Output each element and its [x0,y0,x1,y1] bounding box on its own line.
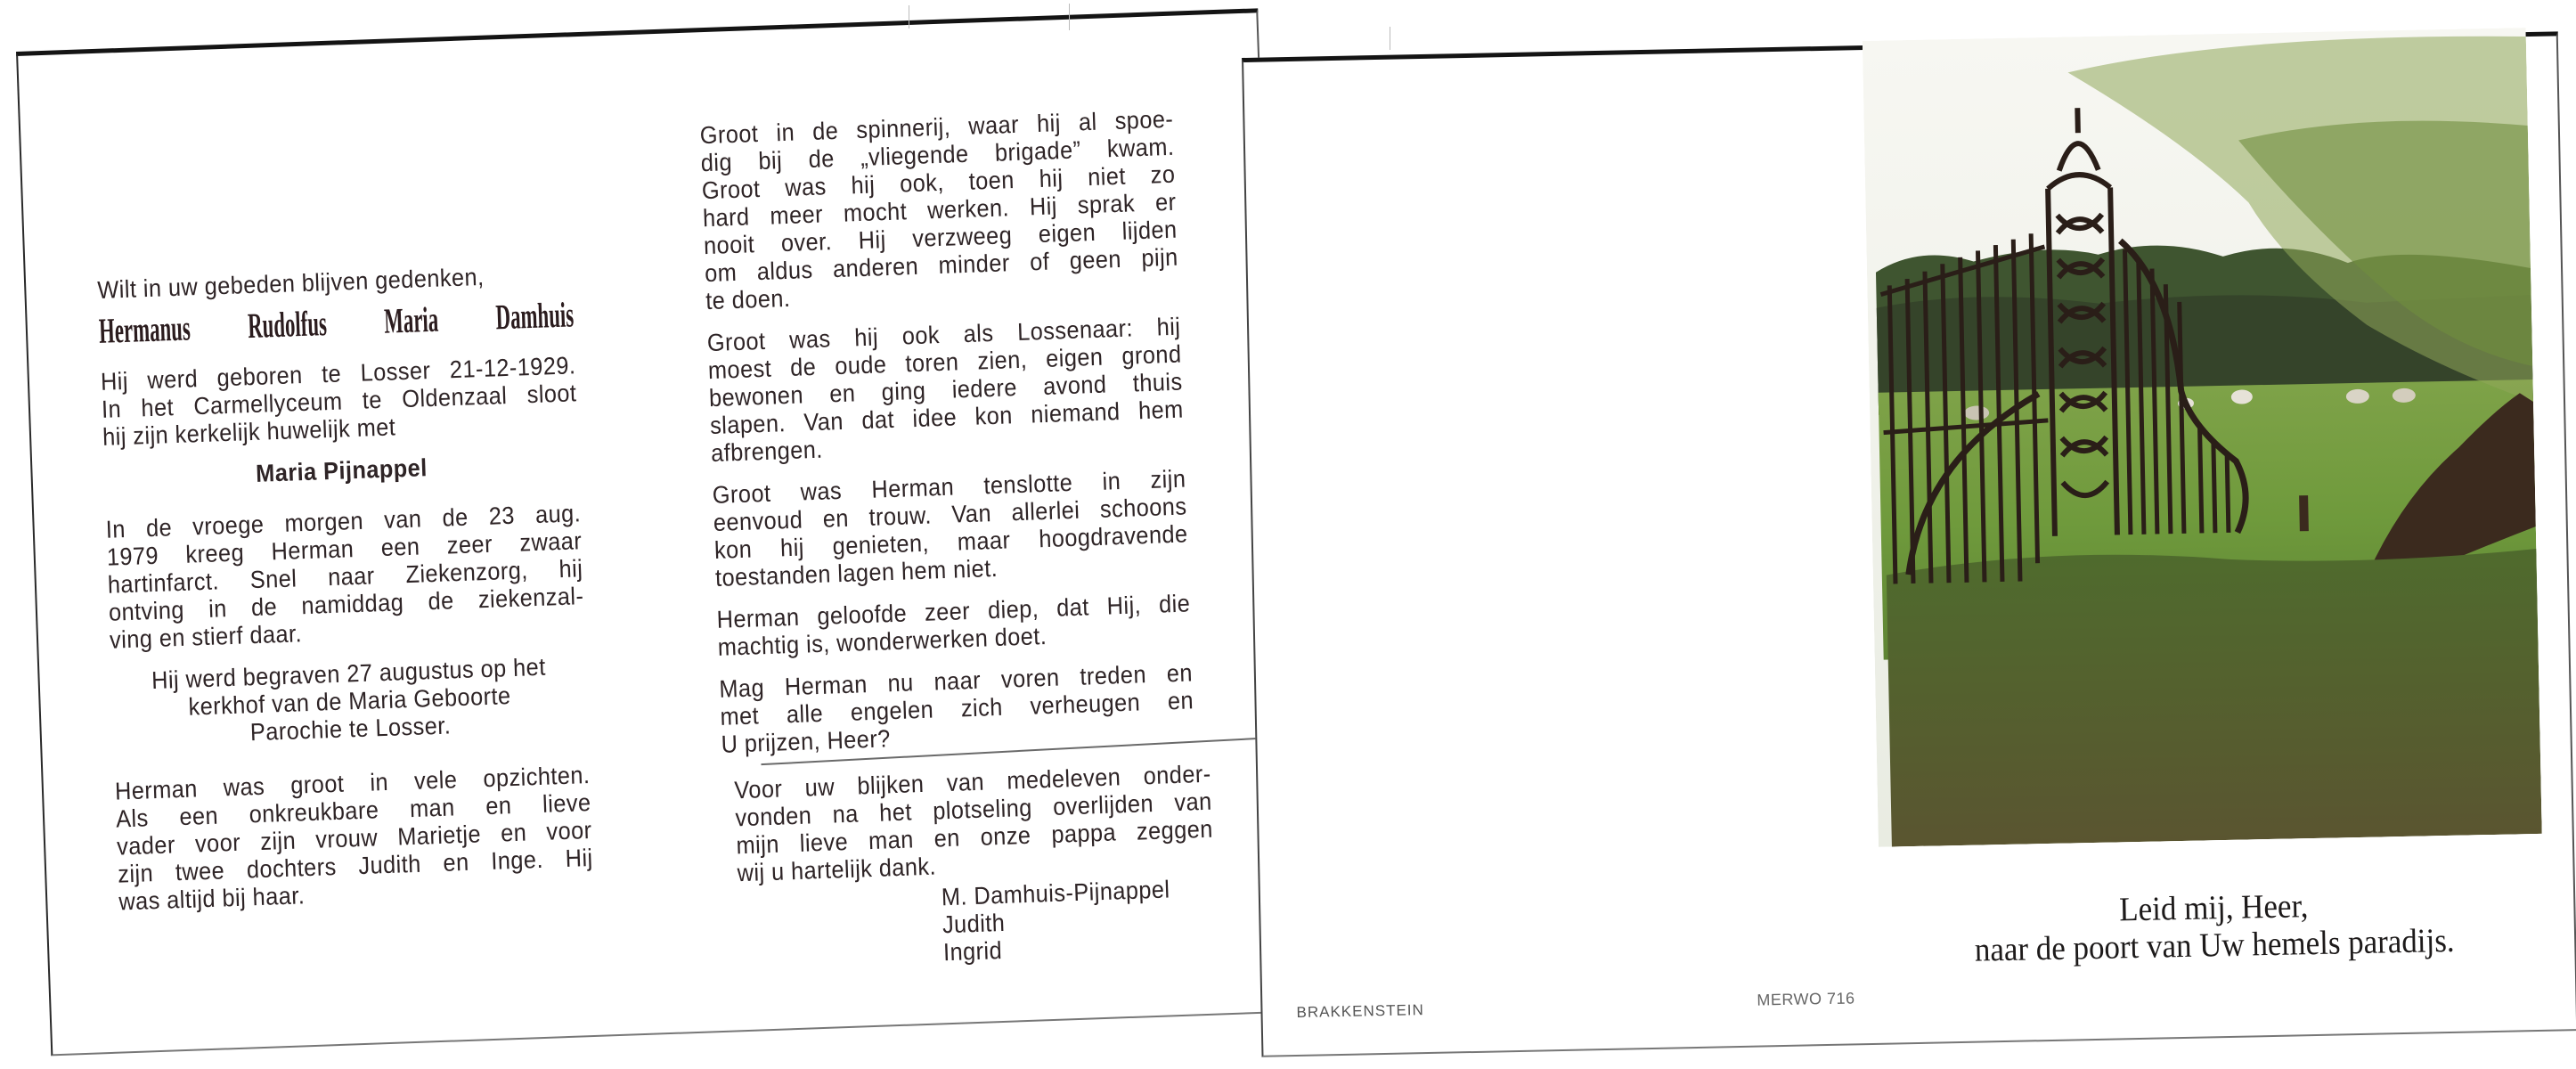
cover-quote: Leid mij, Heer, naar de poort van Uw hem… [1927,884,2502,970]
scan-artifact [1069,4,1070,30]
character-paragraph: Herman was groot in vele opzichten.Als e… [114,761,594,916]
tribute-paragraph: Herman geloofde zeer diep, dat Hij, diem… [716,589,1192,661]
memorial-card-cover: Leid mij, Heer, naar de poort van Uw hem… [1242,31,2576,1057]
memorial-card-inside: Wilt in uw gebeden blijven gedenken, Her… [16,8,1293,1056]
publisher-label: BRAKKENSTEIN [1296,1001,1424,1022]
cover-photo [1863,28,2542,847]
death-paragraph: In de vroege morgen van de 23 aug.1979 k… [105,499,585,654]
tribute-paragraph: Groot was hij ook als Lossenaar: hijmoes… [706,313,1185,467]
tribute-paragraphs: Groot in de spinnerij, waar hij al spoe-… [699,105,1194,758]
left-column: Wilt in uw gebeden blijven gedenken, Her… [97,259,595,929]
scan-artifact [909,5,909,29]
burial-paragraph: Hij werd begraven 27 augustus op hetkerk… [110,651,589,751]
thanks-block: Voor uw blijken van medeleven onder-vond… [734,760,1218,974]
thanks-paragraph: Voor uw blijken van medeleven onder-vond… [734,760,1214,887]
gate-meadow-image [1863,28,2542,847]
tribute-paragraph: Groot in de spinnerij, waar hij al spoe-… [699,105,1179,314]
scan-artifact [1390,27,1390,50]
tribute-paragraph: Groot was Herman tenslotte in zijneenvou… [712,464,1189,591]
signatories: M. Damhuis-PijnappelJudithIngrid [738,874,1217,974]
print-code-label: MERWO 716 [1757,989,1855,1009]
deceased-name: Hermanus Rudolfus Maria Damhuis [98,294,575,352]
right-column: Groot in de spinnerij, waar hij al spoe-… [699,105,1195,772]
birth-paragraph: Hij werd geboren te Losser 21-12-1929.In… [100,351,578,451]
tribute-paragraph: Mag Herman nu naar voren treden enmet al… [719,658,1195,758]
spouse-name: Maria Pijnappel [103,448,579,493]
